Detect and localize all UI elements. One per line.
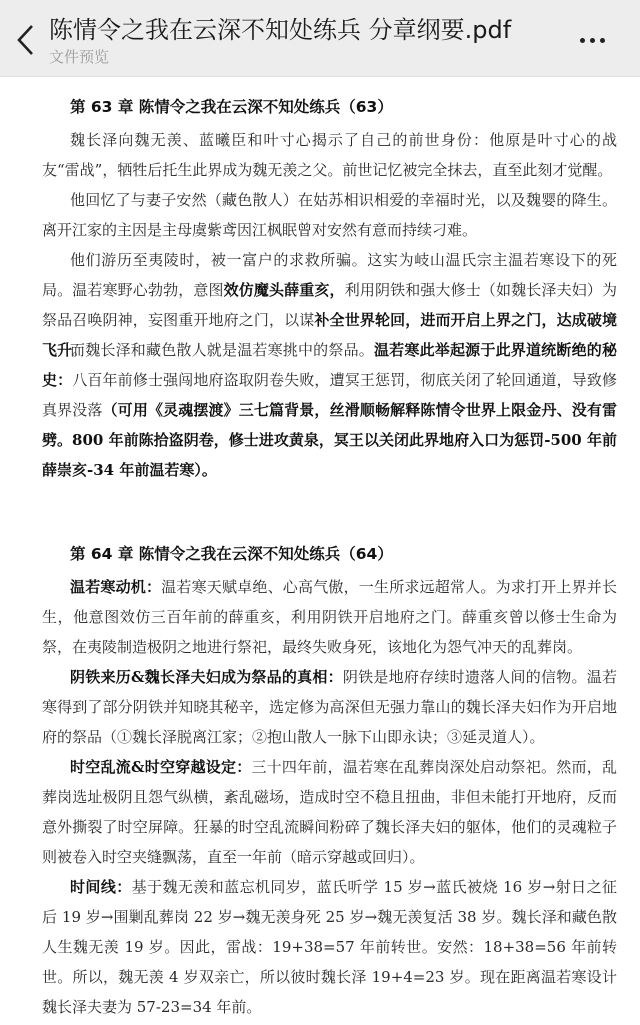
bold-text: 温若寒动机： — [70, 578, 161, 596]
bold-text: （可用《灵魂摆渡》三七篇背景，丝滑顺畅解释陈情令世界上限金丹、没有雷劈。800 … — [42, 401, 617, 479]
bold-text: 时空乱流&时空穿越设定： — [70, 758, 251, 776]
bold-text: 效仿魔头薛重亥， — [224, 281, 345, 299]
paragraph: 而魏长泽和藏色散人就是温若寒挑中的祭品。温若寒此举起源于此界道统断绝的秘史：八百… — [42, 335, 617, 485]
body-text: 他回忆了与妻子安然（藏色散人）在姑苏相识相爱的幸福时光，以及魏婴的降生。离开江家… — [42, 191, 617, 239]
back-button[interactable] — [14, 22, 44, 58]
file-subtitle: 文件预览 — [49, 46, 109, 67]
ellipsis-dot — [600, 38, 605, 43]
chapter-heading: 第 63 章 陈情令之我在云深不知处练兵（63） — [42, 95, 393, 117]
paragraph: 魏长泽向魏无羡、蓝曦臣和叶寸心揭示了自己的前世身份：他原是叶寸心的战友“雷战”，… — [42, 125, 617, 185]
file-title: 陈情令之我在云深不知处练兵 分章纲要.pdf — [49, 10, 511, 45]
bold-text: 阴铁来历&魏长泽夫妇成为祭品的真相： — [70, 668, 343, 686]
pdf-preview[interactable]: 第 63 章 陈情令之我在云深不知处练兵（63） 魏长泽向魏无羡、蓝曦臣和叶寸心… — [0, 77, 640, 1025]
chapter-heading: 第 64 章 陈情令之我在云深不知处练兵（64） — [42, 542, 393, 564]
ellipsis-dot — [590, 38, 595, 43]
paragraph: 他回忆了与妻子安然（藏色散人）在姑苏相识相爱的幸福时光，以及魏婴的降生。离开江家… — [42, 185, 617, 245]
more-options-button[interactable] — [580, 32, 612, 48]
bold-text: 时间线： — [70, 878, 132, 896]
paragraph: 温若寒动机：温若寒天赋卓绝、心高气傲，一生所求远超常人。为求打开上界并长生，他意… — [42, 572, 617, 662]
top-bar: 陈情令之我在云深不知处练兵 分章纲要.pdf 文件预览 — [0, 0, 640, 77]
ellipsis-icon — [580, 38, 585, 43]
body-text: 魏长泽向魏无羡、蓝曦臣和叶寸心揭示了自己的前世身份：他原是叶寸心的战友“雷战”，… — [42, 131, 617, 179]
chevron-left-icon — [14, 22, 38, 58]
paragraph: 时间线：基于魏无羡和蓝忘机同岁，蓝氏听学 15 岁→蓝氏被烧 16 岁→射日之征… — [42, 872, 617, 1022]
paragraph: 时空乱流&时空穿越设定：三十四年前，温若寒在乱葬岗深处启动祭祀。然而，乱葬岗选址… — [42, 752, 617, 872]
body-text: 基于魏无羡和蓝忘机同岁，蓝氏听学 15 岁→蓝氏被烧 16 岁→射日之征后 19… — [42, 878, 617, 1016]
body-text: 而魏长泽和藏色散人就是温若寒挑中的祭品。 — [70, 341, 374, 359]
paragraph: 阴铁来历&魏长泽夫妇成为祭品的真相：阴铁是地府存续时遗落人间的信物。温若寒得到了… — [42, 662, 617, 752]
